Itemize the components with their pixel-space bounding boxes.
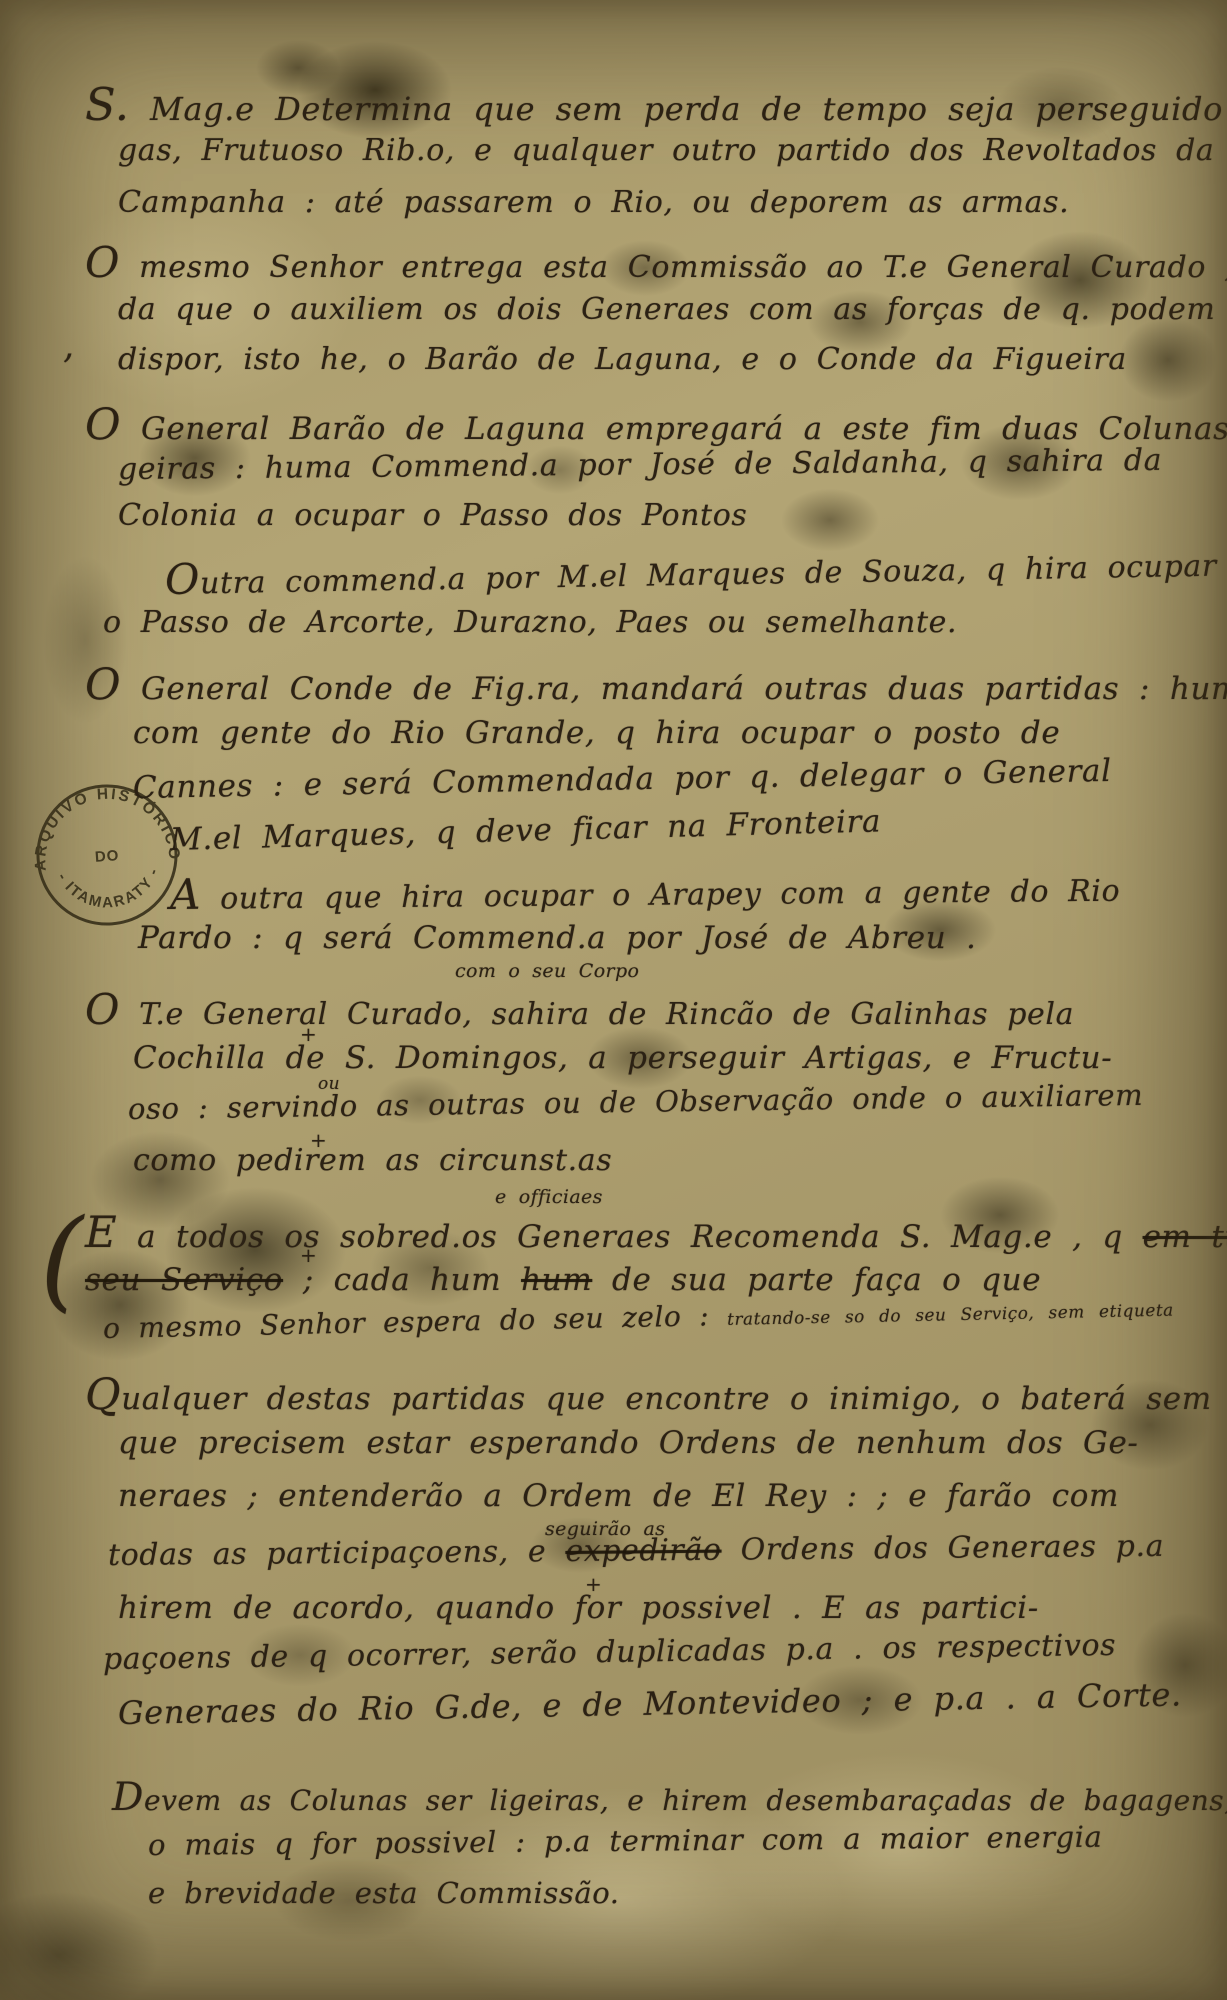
manuscript-line: gas, Frutuoso Rib.o, e qualquer outro pa…: [118, 133, 1214, 168]
text-run: A outra que hira ocupar o Arapey com a g…: [170, 874, 1120, 917]
text-run: seu Serviço: [85, 1262, 283, 1298]
text-run: dispor, isto he, o Barão de Laguna, e o …: [118, 342, 1127, 377]
manuscript-line: Cochilla de S. Domingos, a perseguir Art…: [133, 1040, 1112, 1076]
manuscript-line: que precisem estar esperando Ordens de n…: [118, 1425, 1139, 1461]
manuscript-line: M.el Marques, q deve ficar na Fronteira: [170, 803, 882, 858]
manuscript-line: oso : servindo as outras ou de Observaçã…: [128, 1078, 1144, 1126]
text-run: neraes ; entenderão a Ordem de El Rey : …: [118, 1478, 1119, 1514]
stamp-bottom-text: - ITAMARATY -: [53, 864, 165, 916]
text-run: Devem as Colunas ser ligeiras, e hirem d…: [112, 1784, 1227, 1817]
text-run: oso : servindo as outras ou de Observaçã…: [128, 1078, 1144, 1126]
text-run: Outra commend.a por M.el Marques de Souz…: [165, 549, 1217, 602]
text-run: Ordens dos Generaes p.a: [721, 1529, 1164, 1568]
manuscript-line: Pardo : q será Commend.a por José de Abr…: [138, 920, 977, 956]
manuscript-line: paçoens de q ocorrer, serão duplicadas p…: [103, 1628, 1117, 1677]
manuscript-line: dispor, isto he, o Barão de Laguna, e o …: [118, 342, 1127, 377]
text-run: com o seu Corpo: [455, 960, 639, 982]
manuscript-line: O mesmo Senhor entrega esta Commissão ao…: [85, 238, 1227, 287]
manuscript-line: O General Barão de Laguna empregará a es…: [85, 400, 1227, 450]
text-run: de sua parte faça o que: [592, 1262, 1041, 1298]
manuscript-line: Devem as Colunas ser ligeiras, e hirem d…: [112, 1775, 1227, 1820]
text-run: em tudo de: [1143, 1219, 1227, 1255]
text-run: O General Barão de Laguna empregará a es…: [85, 411, 1227, 447]
manuscript-line: como pedirem as circunst.as: [133, 1143, 612, 1178]
text-run: tratando-se so do seu Serviço, sem etiqu…: [727, 1300, 1174, 1329]
text-run: Colonia a ocupar o Passo dos Pontos: [118, 498, 747, 533]
text-run: ou: [318, 1074, 340, 1094]
manuscript-line: S. Mag.e Determina que sem perda de temp…: [85, 78, 1227, 131]
text-run: o Passo de Arcorte, Durazno, Paes ou sem…: [103, 605, 957, 640]
manuscript-page: ARQUIVO HISTÓRICO - ITAMARATY - DO S. Ma…: [0, 0, 1227, 2000]
text-run: que precisem estar esperando Ordens de n…: [118, 1425, 1139, 1461]
text-run: o mesmo Senhor espera do seu zelo :: [103, 1299, 728, 1345]
text-run: com gente do Rio Grande, q hira ocupar o…: [133, 715, 1060, 751]
ink-mark: ’: [62, 348, 73, 389]
text-run: paçoens de q ocorrer, serão duplicadas p…: [103, 1628, 1117, 1677]
text-run: e officiaes: [495, 1186, 603, 1208]
manuscript-line: Colonia a ocupar o Passo dos Pontos: [118, 498, 747, 533]
manuscript-line: seu Serviço ; cada hum hum de sua parte …: [85, 1262, 1041, 1298]
manuscript-line: Qualquer destas partidas que encontre o …: [85, 1370, 1212, 1420]
text-run: como pedirem as circunst.as: [133, 1143, 612, 1178]
svg-text:- ITAMARATY -: - ITAMARATY -: [53, 864, 165, 916]
text-run: Cannes : e será Commendada por q. delega…: [133, 753, 1112, 806]
manuscript-line: o mais q for possivel : p.a terminar com…: [148, 1820, 1103, 1862]
manuscript-line: e brevidade esta Commissão.: [148, 1876, 620, 1910]
text-run: Pardo : q será Commend.a por José de Abr…: [138, 920, 977, 956]
manuscript-line: A outra que hira ocupar o Arapey com a g…: [170, 862, 1121, 919]
manuscript-line: hirem de acordo, quando for possivel . E…: [118, 1590, 1039, 1626]
manuscript-line: todas as participaçoens, e expedirão Ord…: [108, 1529, 1164, 1573]
text-run: todas as participaçoens, e: [108, 1534, 566, 1573]
manuscript-line: Outra commend.a por M.el Marques de Souz…: [165, 537, 1218, 604]
text-run: O mesmo Senhor entrega esta Commissão ao…: [85, 250, 1227, 285]
manuscript-line: com o seu Corpo: [455, 960, 639, 982]
manuscript-line: Generaes do Rio G.de, e de Montevideo ; …: [118, 1675, 1182, 1732]
text-run: da que o auxiliem os dois Generaes com a…: [118, 292, 1215, 327]
manuscript-line: O T.e General Curado, sahira de Rincão d…: [85, 985, 1074, 1034]
manuscript-line: E a todos os sobred.os Generaes Recomend…: [85, 1208, 1227, 1258]
text-run: Qualquer destas partidas que encontre o …: [85, 1381, 1212, 1417]
text-run: S. Mag.e Determina que sem perda de temp…: [85, 90, 1227, 128]
text-run: expedirão: [565, 1533, 721, 1569]
manuscript-line: com gente do Rio Grande, q hira ocupar o…: [133, 715, 1060, 751]
ink-mark: +: [300, 1022, 317, 1046]
text-run: o mais q for possivel : p.a terminar com…: [148, 1820, 1103, 1862]
ink-mark: (: [40, 1195, 83, 1323]
text-run: O T.e General Curado, sahira de Rincão d…: [85, 997, 1074, 1032]
manuscript-line: Cannes : e será Commendada por q. delega…: [133, 753, 1112, 806]
manuscript-line: O General Conde de Fig.ra, mandará outra…: [85, 660, 1227, 710]
text-run: hum: [521, 1262, 592, 1298]
text-run: gas, Frutuoso Rib.o, e qualquer outro pa…: [118, 133, 1214, 168]
manuscript-line: o Passo de Arcorte, Durazno, Paes ou sem…: [103, 605, 957, 640]
text-run: ; cada hum: [283, 1262, 521, 1298]
ink-mark: +: [300, 1243, 317, 1267]
text-run: E a todos os sobred.os Generaes Recomend…: [85, 1219, 1143, 1255]
manuscript-line: Campanha : até passarem o Rio, ou depore…: [118, 185, 1069, 220]
text-run: Generaes do Rio G.de, e de Montevideo ; …: [118, 1675, 1182, 1732]
ink-mark: +: [310, 1128, 327, 1152]
manuscript-line: e officiaes: [495, 1186, 603, 1208]
manuscript-line: da que o auxiliem os dois Generaes com a…: [118, 292, 1215, 327]
manuscript-line: neraes ; entenderão a Ordem de El Rey : …: [118, 1478, 1119, 1514]
manuscript-line: ou: [318, 1074, 340, 1094]
text-run: Campanha : até passarem o Rio, ou depore…: [118, 185, 1069, 220]
text-run: hirem de acordo, quando for possivel . E…: [118, 1590, 1039, 1626]
ink-mark: +: [585, 1572, 602, 1596]
text-run: M.el Marques, q deve ficar na Fronteira: [170, 803, 882, 858]
text-run: e brevidade esta Commissão.: [148, 1876, 620, 1910]
stamp-center-text: DO: [94, 847, 120, 866]
text-run: O General Conde de Fig.ra, mandará outra…: [85, 671, 1227, 707]
text-run: Cochilla de S. Domingos, a perseguir Art…: [133, 1040, 1112, 1076]
